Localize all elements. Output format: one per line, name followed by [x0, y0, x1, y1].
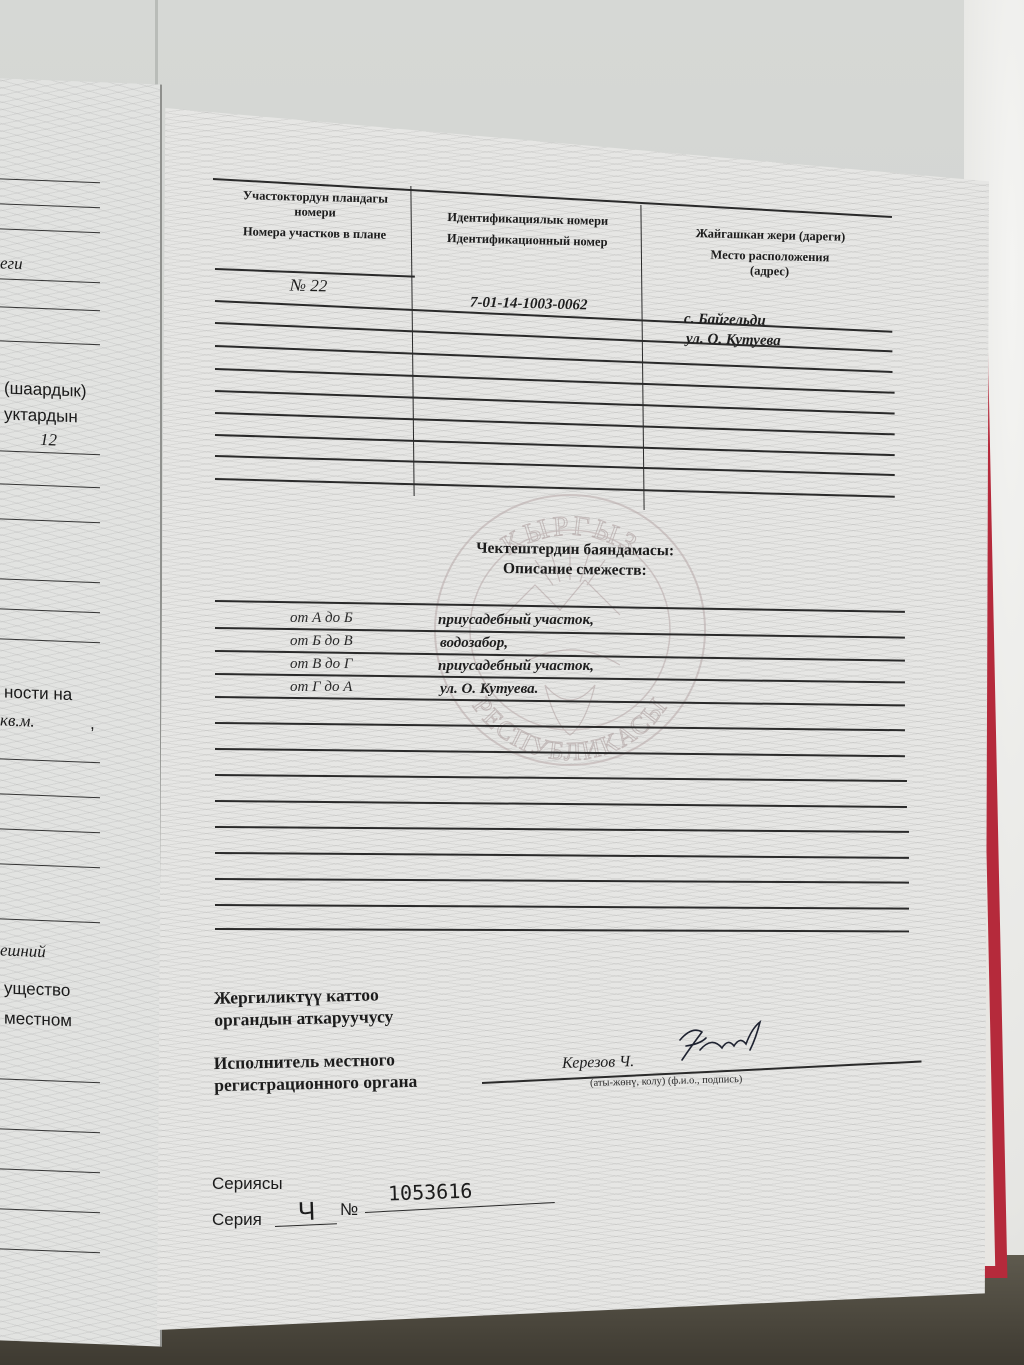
handwritten-signature	[672, 1018, 767, 1066]
series-label-ru: Серия	[212, 1210, 262, 1230]
table-row-rule	[215, 455, 895, 476]
header-label-ky: Участоктордун пландагы номери	[225, 188, 406, 222]
adjacency-rule	[215, 852, 909, 858]
number-value: 1053616	[388, 1179, 473, 1206]
table-column-divider	[410, 186, 415, 496]
column-header-id-number: Идентификациялык номери Идентификационны…	[440, 210, 616, 250]
header-label-ru: Номера участков в плане	[224, 224, 404, 243]
page-content: КЫРГЫЗ РЕСПУБЛИКАСЫ Участоктордун планда…	[0, 0, 1024, 1365]
table-row-rule	[215, 412, 895, 435]
adjacency-rule	[215, 774, 907, 782]
adjacency-rule	[215, 928, 909, 932]
column-header-plan-number: Участоктордун пландагы номери Номера уча…	[224, 188, 405, 243]
series-label-ky: Сериясы	[212, 1174, 283, 1194]
adjacency-segment: от Б до В	[290, 633, 353, 650]
adjacency-segment: от А до Б	[290, 610, 353, 627]
id-number-value: 7-01-14-1003-0062	[470, 295, 588, 315]
table-row-rule	[215, 434, 895, 456]
adjacency-description: приусадебный участок,	[438, 658, 594, 675]
executor-label-ru: Исполнитель местного регистрационного ор…	[214, 1048, 418, 1096]
number-sign: №	[340, 1200, 358, 1220]
adjacency-segment: от В до Г	[290, 656, 352, 673]
executor-name: Керезов Ч.	[562, 1053, 635, 1073]
table-row-rule	[215, 390, 895, 414]
table-row-rule	[215, 368, 895, 393]
plan-number-value: № 22	[290, 276, 328, 297]
adjacency-description: водозабор,	[440, 635, 508, 652]
executor-label-ru-line2: регистрационного органа	[214, 1070, 417, 1096]
address-line-street: ул. О. Кутуева	[686, 331, 781, 350]
adjacency-heading: Чектештердин баяндамасы: Описание смежес…	[420, 538, 731, 582]
adjacency-description: ул. О. Кутуева.	[440, 681, 538, 698]
table-column-divider	[640, 205, 645, 510]
adjacency-segment: от Г до А	[290, 679, 352, 696]
series-value: Ч	[297, 1196, 315, 1228]
address-line-village: с. Байгельди	[684, 311, 766, 330]
adjacency-rule	[215, 826, 909, 832]
executor-label-ky: Жергиликтүү каттоо органдын аткаруучусу	[214, 983, 394, 1031]
executor-label-ky-line2: органдын аткаруучусу	[214, 1005, 393, 1031]
header-label-ru: Место расположения (адрес)	[689, 247, 850, 281]
adjacency-description: приусадебный участок,	[438, 612, 594, 629]
header-label-ru: Идентификационный номер	[440, 231, 615, 250]
adjacency-rule	[215, 904, 909, 909]
column-header-address: Жайгашкан жери (дареги) Место расположен…	[689, 226, 850, 281]
adjacency-rule	[215, 878, 909, 883]
adjacency-rule	[215, 800, 907, 808]
table-row-rule	[215, 345, 893, 373]
